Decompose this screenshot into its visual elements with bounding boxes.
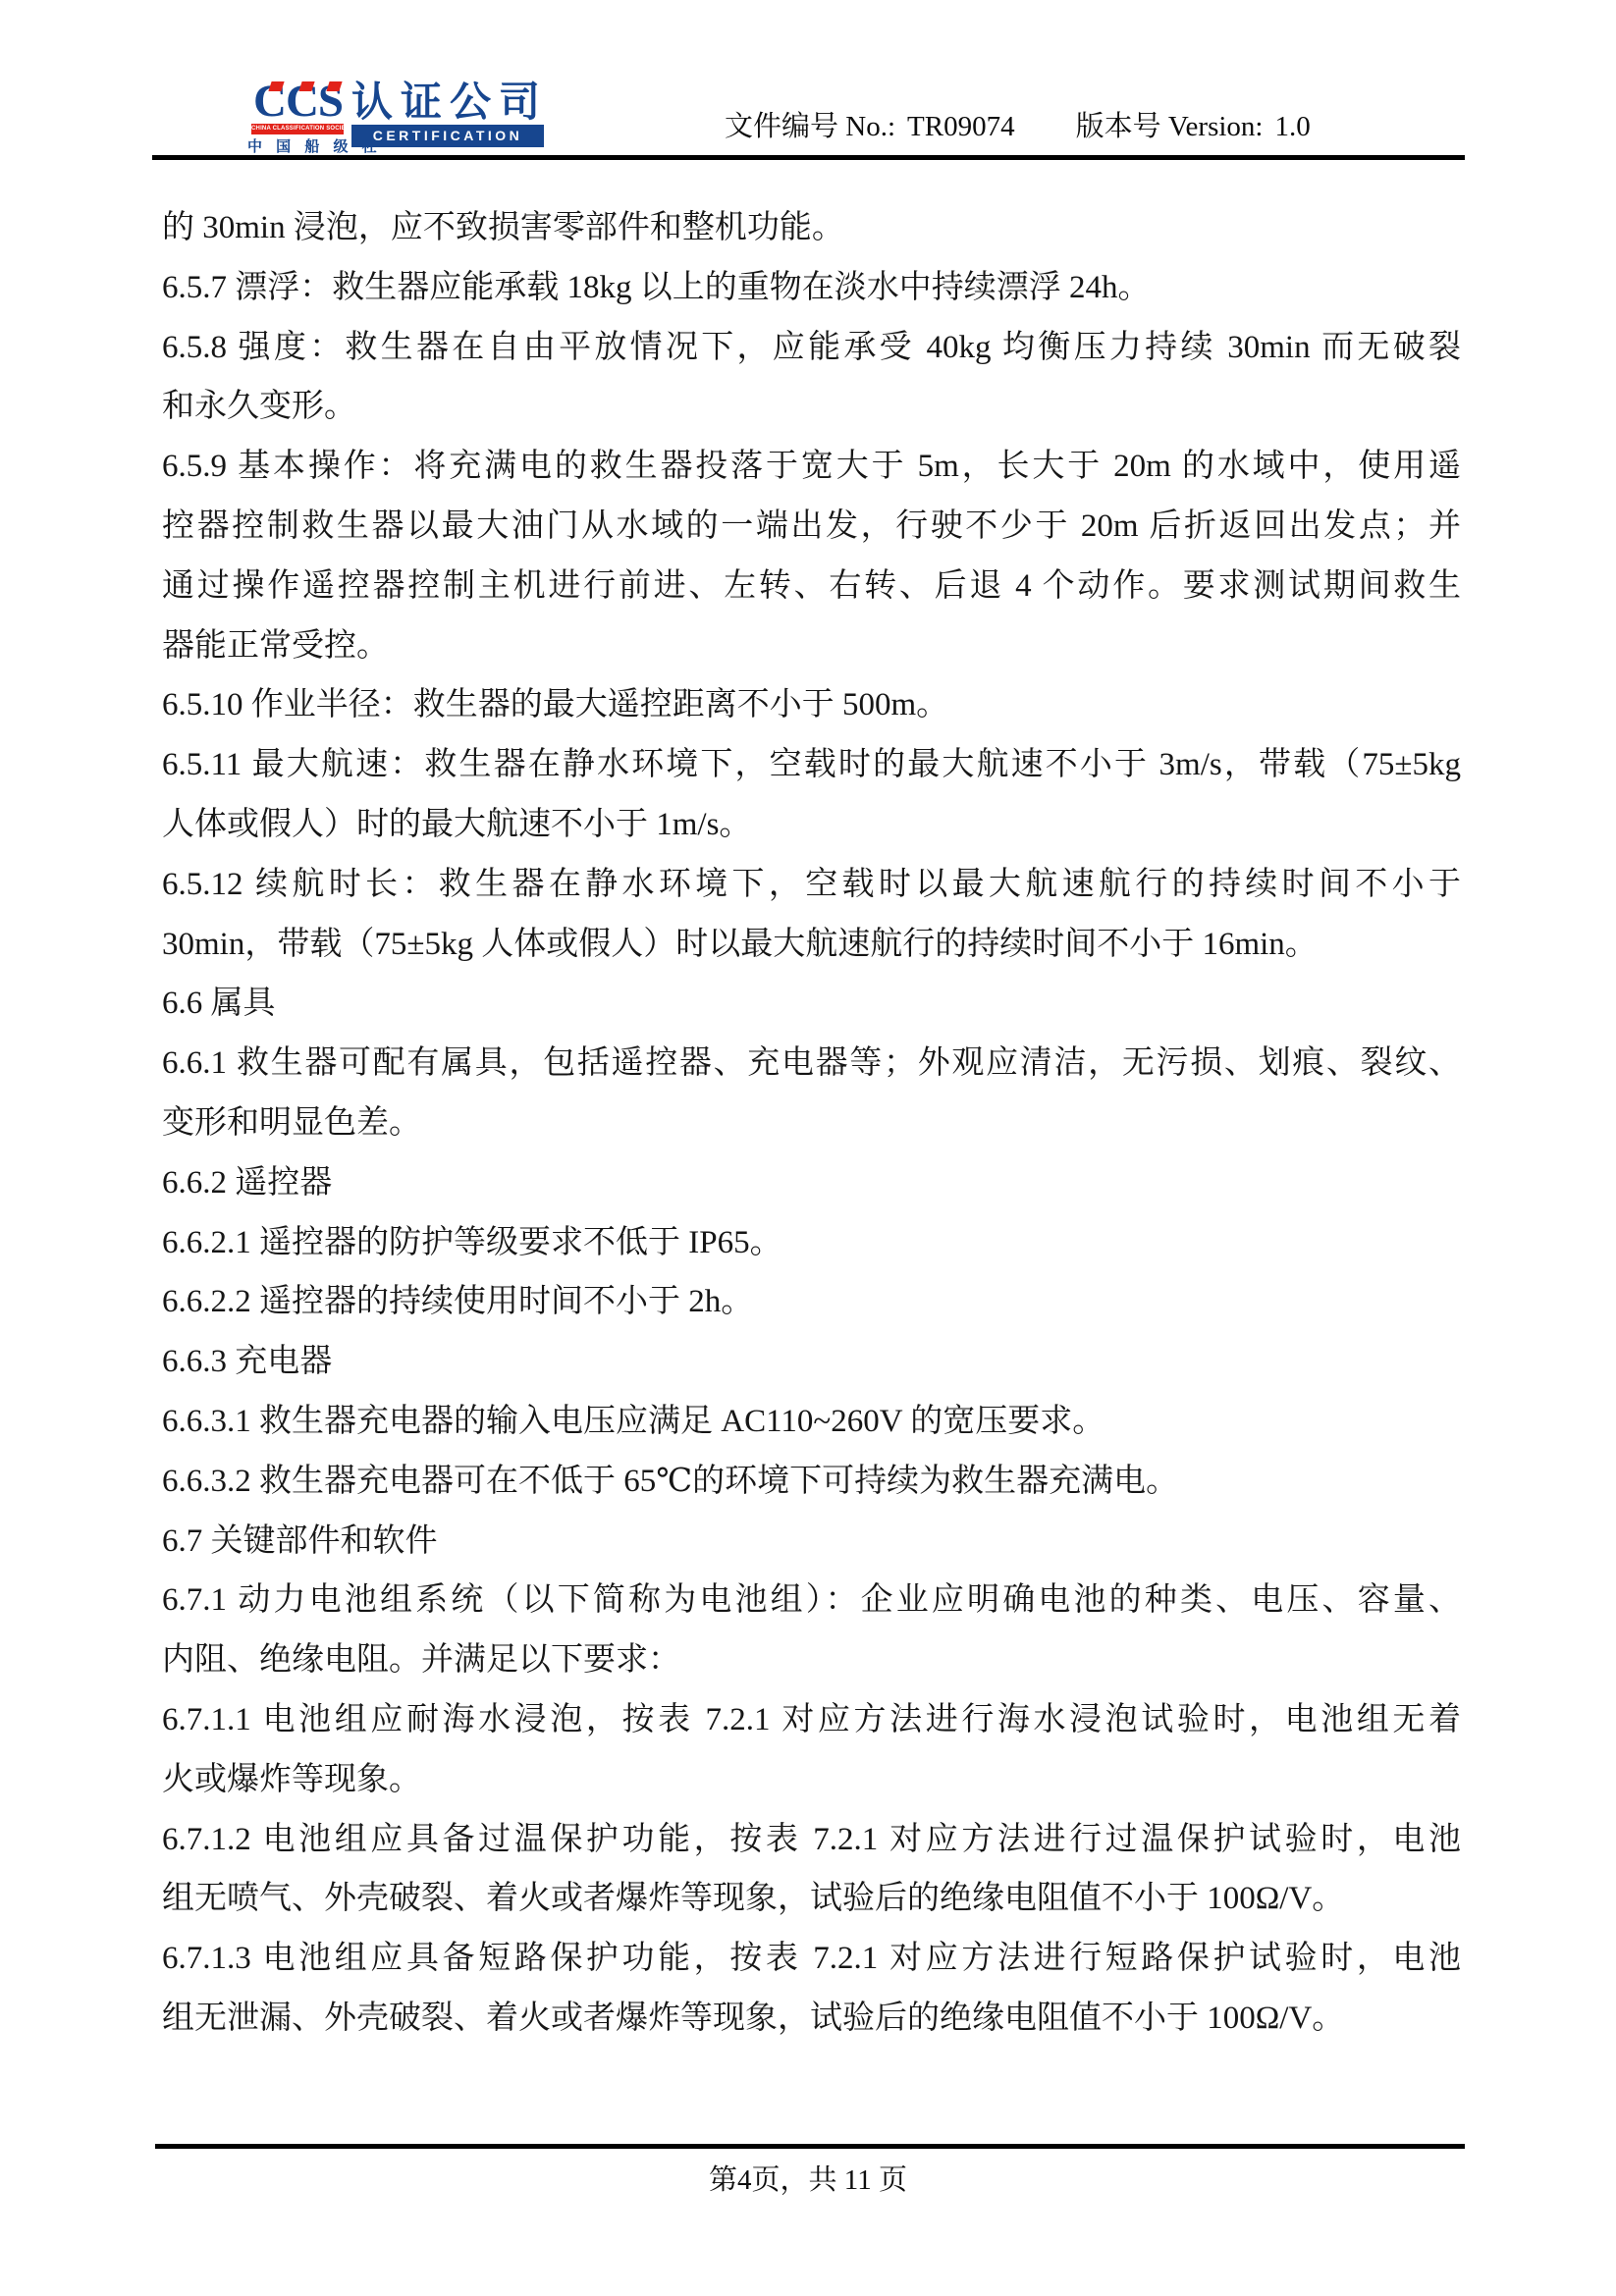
ccs-logo: CCS (253, 80, 346, 122)
text-line: 变形和明显色差。 (162, 1094, 1461, 1153)
text-line: 6.6 属具 (162, 974, 1461, 1034)
text-line: 火或爆炸等现象。 (162, 1750, 1461, 1810)
text-line: 6.6.3 充电器 (162, 1332, 1461, 1392)
text-line: 6.5.7 漂浮：救生器应能承载 18kg 以上的重物在淡水中持续漂浮 24h。 (162, 258, 1461, 318)
body-text: 的 30min 浸泡，应不致损害零部件和整机功能。6.5.7 漂浮：救生器应能承… (162, 198, 1461, 2049)
text-line: 组无泄漏、外壳破裂、着火或者爆炸等现象，试验后的绝缘电阻值不小于 100Ω/V。 (162, 1989, 1461, 2049)
page-number: 第4页，共 11 页 (0, 2158, 1616, 2198)
certification-company-cn: 认证公司 (351, 82, 548, 122)
text-line: 6.7.1.1 电池组应耐海水浸泡，按表 7.2.1 对应方法进行海水浸泡试验时… (162, 1690, 1461, 1750)
text-line: 器能正常受控。 (162, 616, 1461, 676)
text-line: 6.6.3.1 救生器充电器的输入电压应满足 AC110~260V 的宽压要求。 (162, 1392, 1461, 1452)
text-line: 6.6.3.2 救生器充电器可在不低于 65℃的环境下可持续为救生器充满电。 (162, 1452, 1461, 1512)
text-line: 6.6.2.2 遥控器的持续使用时间不小于 2h。 (162, 1272, 1461, 1332)
text-line: 6.5.8 强度：救生器在自由平放情况下，应能承受 40kg 均衡压力持续 30… (162, 318, 1461, 378)
text-line: 6.7.1.3 电池组应具备短路保护功能，按表 7.2.1 对应方法进行短路保护… (162, 1929, 1461, 1989)
text-line: 6.6.2 遥控器 (162, 1153, 1461, 1213)
text-line: 30min，带载（75±5kg 人体或假人）时以最大航速航行的持续时间不小于 1… (162, 915, 1461, 975)
text-line: 6.5.10 作业半径：救生器的最大遥控距离不小于 500m。 (162, 675, 1461, 735)
ccs-society-banner-en: CHINA CLASSIFICATION SOCIETY (251, 124, 344, 134)
text-line: 6.5.11 最大航速：救生器在静水环境下，空载时的最大航速不小于 3m/s，带… (162, 735, 1461, 795)
text-line: 6.7.1 动力电池组系统（以下简称为电池组）：企业应明确电池的种类、电压、容量… (162, 1571, 1461, 1630)
text-line: 内阻、绝缘电阻。并满足以下要求： (162, 1630, 1461, 1690)
footer-rule (155, 2144, 1465, 2149)
text-line: 6.7 关键部件和软件 (162, 1512, 1461, 1572)
text-line: 6.5.9 基本操作：将充满电的救生器投落于宽大于 5m，长大于 20m 的水域… (162, 437, 1461, 497)
text-line: 6.5.12 续航时长：救生器在静水环境下，空载时以最大航速航行的持续时间不小于 (162, 855, 1461, 915)
text-line: 通过操作遥控器控制主机进行前进、左转、右转、后退 4 个动作。要求测试期间救生 (162, 557, 1461, 616)
version-value: 1.0 (1275, 111, 1311, 142)
text-line: 6.7.1.2 电池组应具备过温保护功能，按表 7.2.1 对应方法进行过温保护… (162, 1810, 1461, 1870)
doc-number-label: 文件编号 No.: (725, 111, 895, 142)
text-line: 6.6.1 救生器可配有属具，包括遥控器、充电器等；外观应清洁，无污损、划痕、裂… (162, 1034, 1461, 1094)
header-rule (152, 155, 1465, 160)
certification-banner-en: CERTIFICATION (351, 125, 544, 147)
header-meta: 文件编号 No.:TR09074版本号 Version:1.0 (725, 104, 1465, 144)
text-line: 组无喷气、外壳破裂、着火或者爆炸等现象，试验后的绝缘电阻值不小于 100Ω/V。 (162, 1869, 1461, 1929)
text-line: 控器控制救生器以最大油门从水域的一端出发，行驶不少于 20m 后折返回出发点；并 (162, 497, 1461, 557)
version-label: 版本号 Version: (1076, 111, 1264, 142)
text-line: 6.6.2.1 遥控器的防护等级要求不低于 IP65。 (162, 1213, 1461, 1273)
text-line: 和永久变形。 (162, 377, 1461, 437)
doc-number-value: TR09074 (907, 111, 1015, 142)
text-line: 的 30min 浸泡，应不致损害零部件和整机功能。 (162, 198, 1461, 258)
document-page: CCS CHINA CLASSIFICATION SOCIETY 中 国 船 级… (0, 0, 1616, 2296)
text-line: 人体或假人）时的最大航速不小于 1m/s。 (162, 795, 1461, 855)
ccs-society-name-cn: 中 国 船 级 社 (247, 135, 348, 156)
